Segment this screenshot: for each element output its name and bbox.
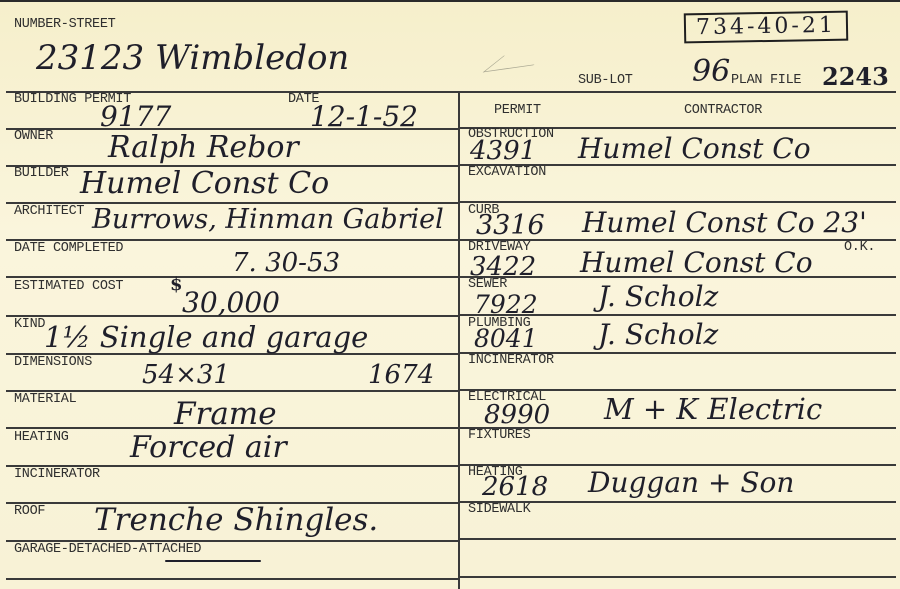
dimensions-extra: 1674 [368, 360, 434, 390]
incinerator-permit-label: INCINERATOR [468, 353, 554, 368]
contractor-header: CONTRACTOR [684, 103, 762, 118]
plan-file-label: PLAN FILE [731, 73, 801, 88]
kind-label: KIND [14, 317, 45, 332]
permit-index-card: NUMBER-STREET 23123 Wimbledon 734-40-21 … [0, 0, 900, 589]
number-street-label: NUMBER-STREET [14, 17, 115, 32]
material-value: Frame [174, 396, 277, 432]
owner-value: Ralph Rebor [108, 130, 299, 165]
incinerator-label: INCINERATOR [14, 467, 100, 482]
fixtures-label: FIXTURES [468, 428, 530, 443]
left-rule [6, 578, 458, 580]
file-number-box: 734-40-21 [684, 11, 848, 44]
obstruction-contractor: Humel Const Co [578, 132, 811, 165]
date-value: 12-1-52 [310, 100, 418, 133]
roof-value: Trenche Shingles. [94, 502, 378, 538]
dollar-sign-icon: $ [170, 274, 183, 295]
dimensions-label: DIMENSIONS [14, 355, 92, 370]
driveway-note: O.K. [844, 240, 875, 255]
heating-permit: 2618 [482, 472, 548, 502]
sub-lot-value: 96 [692, 54, 730, 89]
date-completed-label: DATE COMPLETED [14, 241, 123, 256]
permit-header: PERMIT [494, 103, 541, 118]
estimated-cost-label: ESTIMATED COST [14, 279, 123, 294]
garage-label: GARAGE-DETACHED-ATTACHED [14, 542, 201, 557]
electrical-contractor: M + K Electric [604, 392, 822, 426]
plan-file-value: 2243 [822, 62, 889, 91]
column-divider [458, 91, 460, 589]
date-completed-value: 7. 30-53 [232, 248, 340, 278]
heating-contractor: Duggan + Son [588, 466, 794, 499]
plumbing-permit: 8041 [474, 324, 538, 353]
architect-value: Burrows, Hinman Gabriel [92, 204, 444, 235]
sub-lot-label: SUB-LOT [578, 73, 633, 88]
right-rule [458, 201, 896, 203]
building-permit-value: 9177 [100, 100, 171, 133]
heating-label: HEATING [14, 430, 69, 445]
electrical-permit: 8990 [484, 400, 550, 430]
sewer-permit: 7922 [474, 290, 538, 319]
check-mark-icon [483, 49, 555, 73]
plumbing-contractor: J. Scholz [598, 318, 718, 351]
heating-value: Forced air [130, 430, 287, 465]
right-rule [458, 538, 896, 540]
right-rule [458, 576, 896, 578]
number-street-value: 23123 Wimbledon [36, 38, 349, 78]
builder-value: Humel Const Co [80, 166, 329, 201]
estimated-cost-value: 30,000 [182, 286, 280, 319]
builder-label: BUILDER [14, 166, 69, 181]
material-label: MATERIAL [14, 392, 76, 407]
sewer-contractor: J. Scholz [598, 280, 718, 313]
roof-label: ROOF [14, 504, 45, 519]
obstruction-permit: 4391 [470, 136, 536, 166]
driveway-contractor: Humel Const Co [580, 246, 813, 279]
top-rule [6, 91, 896, 93]
excavation-label: EXCAVATION [468, 165, 546, 180]
owner-label: OWNER [14, 129, 53, 144]
kind-value: 1½ Single and garage [44, 320, 368, 354]
attached-underline-mark [165, 560, 261, 562]
architect-label: ARCHITECT [14, 204, 84, 219]
curb-contractor: Humel Const Co 23' [582, 206, 867, 239]
dimensions-value: 54×31 [142, 360, 230, 390]
sidewalk-label: SIDEWALK [468, 502, 530, 517]
curb-permit: 3316 [476, 210, 545, 241]
